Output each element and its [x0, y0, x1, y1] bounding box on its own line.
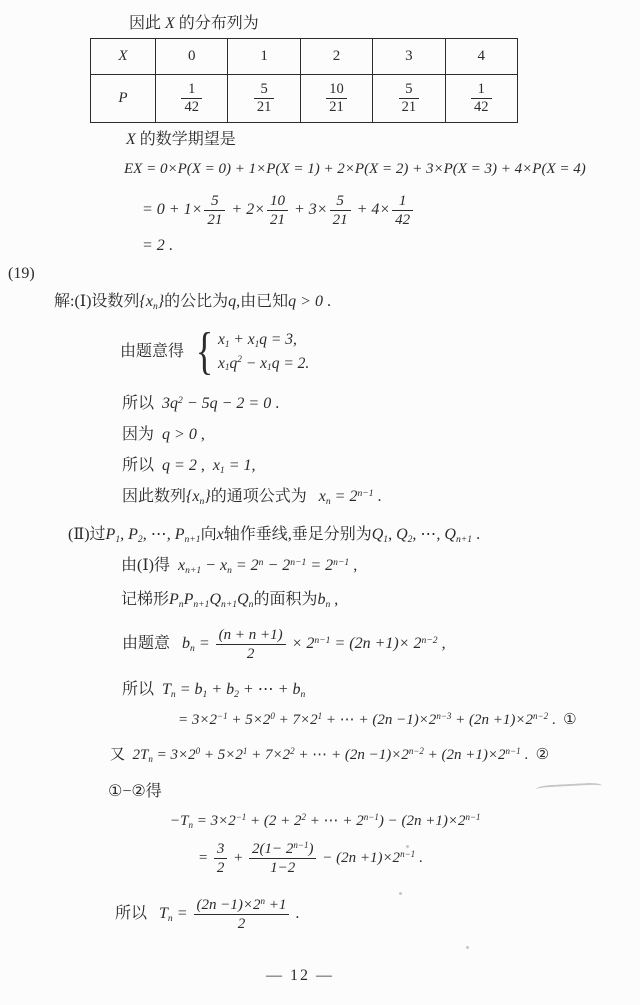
solution-part1-intro: 解:(Ⅰ)设数列{xn}的公比为q,由已知q > 0 .	[54, 292, 331, 313]
fraction: 142	[181, 81, 202, 117]
math-token: 的分布列为	[175, 15, 259, 32]
math-token: . ②	[521, 747, 549, 763]
math-token: 2(1− 2n−1)1−2	[249, 840, 316, 877]
problem-number: (19)	[8, 264, 35, 285]
math-token: 所以	[122, 395, 154, 412]
math-token: 1021	[267, 192, 288, 229]
neg-tn-line1: −Tn = 3×2−1 + (2 + 22 + ⋯ + 2n−1) − (2n …	[170, 812, 481, 832]
fraction: 521	[254, 81, 275, 117]
math-token: bn =	[174, 634, 214, 655]
quadratic-equation-line: 所以 3q2 − 5q − 2 = 0 .	[122, 394, 279, 415]
math-token: P1, P2, ⋯, Pn+1	[106, 526, 201, 543]
math-token: {xn}	[139, 293, 164, 310]
cases-brace: {	[196, 330, 213, 374]
two-tn-line: 又 2Tn = 3×20 + 5×21 + 7×22 + ⋯ + (2n −1)…	[110, 746, 549, 766]
math-token: (n + n +1)2	[216, 626, 286, 663]
expectation-formula-line2: = 0 + 1×521 + 2×1021 + 3×521 + 4×142	[142, 192, 415, 229]
math-token: 的公比为	[164, 293, 228, 310]
math-token: 2Tn = 3×20 + 5×21 + 7×22 + ⋯ + (2n −1)×2…	[129, 747, 521, 763]
math-token: = 0 + 1×	[142, 200, 202, 221]
math-token: − (2n +1)×2n−1	[318, 849, 415, 869]
tn-sum-line: 所以 Tn = b1 + b2 + ⋯ + bn	[122, 680, 305, 701]
math-token: 的数学期望是	[136, 131, 236, 148]
distribution-table: X 0 1 2 3 4 P 142 521 1021 521 142	[90, 38, 518, 123]
math-token: ,	[438, 634, 446, 655]
table-x-value: 3	[373, 39, 445, 75]
math-token: 因为	[122, 426, 154, 443]
q-value-line: 所以 q = 2 , x1 = 1,	[122, 456, 256, 477]
math-token: +	[229, 849, 247, 869]
table-x-label: X	[91, 39, 156, 75]
math-token: 因此数列	[122, 488, 186, 505]
fraction-numerator: 5	[399, 81, 420, 99]
distribution-intro: 因此 X 的分布列为	[129, 14, 259, 35]
math-token: Tn = b1 + b2 + ⋯ + bn	[158, 681, 305, 698]
table-x-value: 0	[156, 39, 228, 75]
table-x-value: 1	[228, 39, 300, 75]
trapezoid-area-line: 记梯形PnPn+1Qn+1Qn的面积为bn ,	[121, 590, 338, 611]
table-p-value: 521	[228, 75, 300, 123]
math-token: = 2	[142, 237, 165, 254]
fraction-denominator: 42	[181, 99, 202, 116]
math-token: + 4×	[353, 200, 391, 221]
equation-system: 由题意得{x1 + x1q = 3,x1q2 − x1q = 2.	[120, 330, 309, 374]
math-token: q = 2	[154, 457, 197, 474]
math-token: ①−②得	[108, 783, 162, 800]
expectation-formula-line1: EX = 0×P(X = 0) + 1×P(X = 1) + 2×P(X = 2…	[124, 160, 586, 180]
math-token: 所以	[115, 904, 151, 925]
math-token: bn	[317, 591, 330, 608]
math-token: 521	[204, 192, 225, 229]
fraction-numerator: 10	[326, 81, 347, 99]
math-token: 记梯形	[121, 591, 169, 608]
math-token: + 2×	[227, 200, 265, 221]
difference-line: 由(Ⅰ)得 xn+1 − xn = 2n − 2n−1 = 2n−1 ,	[121, 556, 357, 577]
general-term-line: 因此数列{xn}的通项公式为 xn = 2n−1 .	[122, 487, 382, 508]
math-token: ,	[349, 557, 357, 574]
fraction: 521	[399, 81, 420, 117]
fraction-numerator: 1	[181, 81, 202, 99]
fraction-denominator: 21	[399, 99, 420, 116]
math-token: Tn =	[151, 904, 192, 925]
math-token: .	[291, 904, 299, 925]
case-equation: x1q2 − x1q = 2.	[218, 354, 309, 374]
expectation-title: X 的数学期望是	[126, 130, 236, 151]
math-token: 所以	[122, 457, 154, 474]
table-p-value: 142	[156, 75, 228, 123]
scan-smudge-dot	[466, 946, 469, 949]
table-x-value: 4	[445, 39, 517, 75]
fraction: 142	[471, 81, 492, 117]
conclusion-line: 所以 Tn = (2n −1)×2n +12 .	[115, 896, 299, 933]
math-token: {x1 + x1q = 3,x1q2 − x1q = 2.	[192, 330, 309, 374]
solution-part2-intro: (Ⅱ)过P1, P2, ⋯, Pn+1向x轴作垂线,垂足分别为Q1, Q2, ⋯…	[68, 525, 480, 546]
math-token: .	[472, 526, 480, 543]
math-token: xn+1 − xn = 2n − 2n−1 = 2n−1	[174, 557, 349, 574]
math-token: x1 = 1,	[209, 457, 256, 474]
math-token: q > 0	[154, 426, 197, 443]
math-token: × 2n−1 = (2n +1)× 2n−2	[288, 634, 438, 655]
neg-tn-line2: = 32 + 2(1− 2n−1)1−2 − (2n +1)×2n−1 .	[198, 840, 423, 877]
math-token: 由(Ⅰ)得	[121, 557, 174, 574]
math-token: .	[415, 849, 423, 869]
math-token: + 3×	[290, 200, 328, 221]
math-token: xn = 2n−1	[311, 488, 374, 505]
fraction-denominator: 42	[471, 99, 492, 116]
math-token: −Tn = 3×2−1 + (2 + 22 + ⋯ + 2n−1) − (2n …	[170, 813, 481, 829]
subtract-label-line: ①−②得	[108, 782, 162, 803]
fraction-numerator: 5	[254, 81, 275, 99]
math-token: (2n −1)×2n +12	[194, 896, 290, 933]
tn-expansion-line: = 3×2−1 + 5×20 + 7×21 + ⋯ + (2n −1)×2n−3…	[178, 711, 577, 731]
math-token: .	[165, 237, 173, 254]
math-token: 的面积为	[253, 591, 317, 608]
because-q-positive-line: 因为 q > 0 ,	[122, 425, 205, 446]
math-token: X	[126, 131, 136, 148]
math-token: ,	[197, 457, 209, 474]
math-token: .	[271, 395, 279, 412]
scan-smudge-dot	[406, 845, 409, 848]
case-equation: x1 + x1q = 3,	[218, 330, 309, 350]
table-p-value: 1021	[300, 75, 372, 123]
math-token: ,	[197, 426, 205, 443]
math-token: 又	[110, 747, 129, 763]
math-token: 521	[330, 192, 351, 229]
math-token: Q1, Q2, ⋯, Qn+1	[372, 526, 472, 543]
math-token: 解:(Ⅰ)设数列	[54, 293, 139, 310]
math-token: 轴作垂线,垂足分别为	[224, 526, 372, 543]
math-token: =	[198, 849, 212, 869]
fraction: 1021	[326, 81, 347, 117]
math-token: 由题意	[122, 634, 174, 655]
math-token: 向	[201, 526, 217, 543]
math-token: . ①	[548, 712, 576, 728]
math-token: = 3×2−1 + 5×20 + 7×21 + ⋯ + (2n −1)×2n−3…	[178, 712, 548, 728]
math-token: 3q2 − 5q − 2 = 0	[154, 395, 271, 412]
scanned-math-solution-page: 因此 X 的分布列为 X 0 1 2 3 4 P 142 521 1021 52…	[0, 0, 640, 1005]
math-token: ,	[330, 591, 338, 608]
table-x-value: 2	[300, 39, 372, 75]
math-token: EX = 0×P(X = 0) + 1×P(X = 1) + 2×P(X = 2…	[124, 161, 586, 177]
table-x-row: X 0 1 2 3 4	[91, 39, 518, 75]
table-p-label: P	[91, 75, 156, 123]
math-token: X	[165, 15, 175, 32]
table-p-value: 521	[373, 75, 445, 123]
math-token: ,由已知	[236, 293, 288, 310]
math-token: 因此	[129, 15, 165, 32]
math-token: .	[374, 488, 382, 505]
math-token: x	[217, 526, 224, 543]
table-p-value: 142	[445, 75, 517, 123]
math-token: 142	[392, 192, 413, 229]
math-token: {xn}	[186, 488, 211, 505]
math-token: 32	[214, 840, 228, 877]
math-token: (Ⅱ)过	[68, 526, 106, 543]
fraction-denominator: 21	[326, 99, 347, 116]
math-token: 由题意得	[120, 342, 184, 363]
scan-smudge-dash	[536, 782, 602, 792]
table-p-row: P 142 521 1021 521 142	[91, 75, 518, 123]
math-token: PnPn+1Qn+1Qn	[169, 591, 253, 608]
fraction-denominator: 21	[254, 99, 275, 116]
math-token: 的通项公式为	[211, 488, 311, 505]
page-number: — 12 —	[0, 966, 600, 987]
scan-smudge-dot	[399, 892, 402, 895]
math-token: 所以	[122, 681, 158, 698]
math-token: q > 0	[288, 293, 323, 310]
fraction-numerator: 1	[471, 81, 492, 99]
expectation-formula-line3: = 2 .	[142, 236, 173, 257]
math-token: q	[228, 293, 236, 310]
bn-formula-line: 由题意 bn = (n + n +1)2 × 2n−1 = (2n +1)× 2…	[122, 626, 446, 663]
math-token: .	[323, 293, 331, 310]
